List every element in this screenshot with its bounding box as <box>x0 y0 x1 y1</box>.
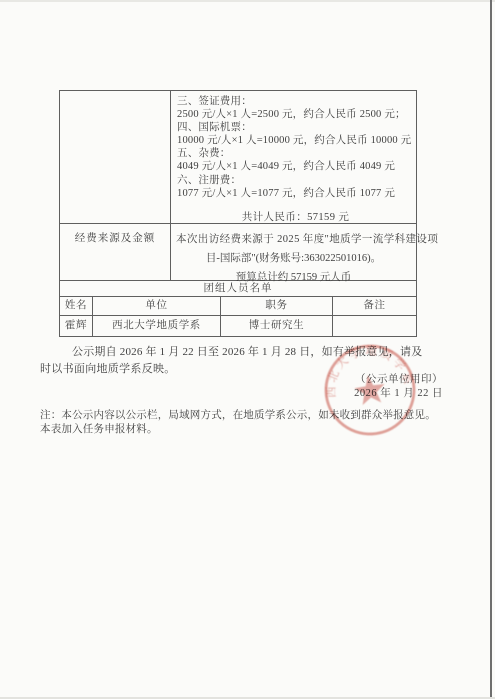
funding-line: 目-国际部"(财务账号:363022501016)。 <box>171 249 416 268</box>
expense-table: 三、签证费用： 2500 元/人×1 人=2500 元，约合人民币 2500 元… <box>59 90 417 337</box>
funding-row: 经费来源及金额 本次出访经费来源于 2025 年度"地质学一流学科建设项 目-国… <box>60 223 416 280</box>
roster-header-note: 备注 <box>333 297 416 315</box>
scanned-document-page: 三、签证费用： 2500 元/人×1 人=2500 元，约合人民币 2500 元… <box>0 0 495 699</box>
expense-line: 2500 元/人×1 人=2500 元，约合人民币 2500 元； <box>177 108 414 121</box>
expense-line: 六、注册费： <box>177 174 414 187</box>
roster-cell-name: 霍辉 <box>60 316 93 336</box>
expense-total: 共计人民币：57159 元 <box>177 211 414 224</box>
funding-label: 经费来源及金额 <box>60 224 171 280</box>
note-line: 注：本公示内容以公示栏，局域网方式，在地质学系公示，如未收到群众举报意见。 <box>40 409 460 423</box>
funding-detail-cell: 本次出访经费来源于 2025 年度"地质学一流学科建设项 目-国际部"(财务账号… <box>171 224 416 280</box>
expense-line: 五、杂费： <box>177 147 414 160</box>
note-line: 本表加入任务申报材料。 <box>40 423 460 437</box>
expense-line: 10000 元/人×1 人=10000 元，约合人民币 10000 元 <box>177 134 414 147</box>
roster-header-unit: 单位 <box>93 297 221 315</box>
bottom-note: 注：本公示内容以公示栏，局域网方式，在地质学系公示，如未收到群众举报意见。 本表… <box>40 409 460 437</box>
expense-line: 1077 元/人×1 人=1077 元，约合人民币 1077 元 <box>177 187 414 200</box>
funding-line: 本次出访经费来源于 2025 年度"地质学一流学科建设项 <box>171 230 416 249</box>
roster-header-row: 姓名 单位 职务 备注 <box>60 296 416 315</box>
signature-block: （公示单位用印） 2026 年 1 月 22 日 <box>354 373 443 400</box>
notice-line: 公示期自 2026 年 1 月 22 日至 2026 年 1 月 28 日，如有… <box>40 344 444 361</box>
seal-caption: （公示单位用印） <box>354 373 443 387</box>
expense-line: 四、国际机票： <box>177 121 414 134</box>
expense-row: 三、签证费用： 2500 元/人×1 人=2500 元，约合人民币 2500 元… <box>60 91 416 223</box>
scan-edge-right <box>490 0 492 699</box>
roster-header-name: 姓名 <box>60 297 93 315</box>
expense-detail-cell: 三、签证费用： 2500 元/人×1 人=2500 元，约合人民币 2500 元… <box>171 91 416 223</box>
scan-edge-top <box>0 0 495 2</box>
roster-cell-duty: 博士研究生 <box>221 316 333 336</box>
expense-row-empty-label-cell <box>60 91 171 223</box>
expense-line: 三、签证费用： <box>177 95 414 108</box>
roster-cell-unit: 西北大学地质学系 <box>93 316 221 336</box>
sign-date: 2026 年 1 月 22 日 <box>354 387 443 401</box>
roster-header-duty: 职务 <box>221 297 333 315</box>
roster-cell-note <box>333 316 416 336</box>
expense-line: 4049 元/人×1 人=4049 元，约合人民币 4049 元 <box>177 160 414 173</box>
roster-data-row: 霍辉 西北大学地质学系 博士研究生 <box>60 315 416 336</box>
